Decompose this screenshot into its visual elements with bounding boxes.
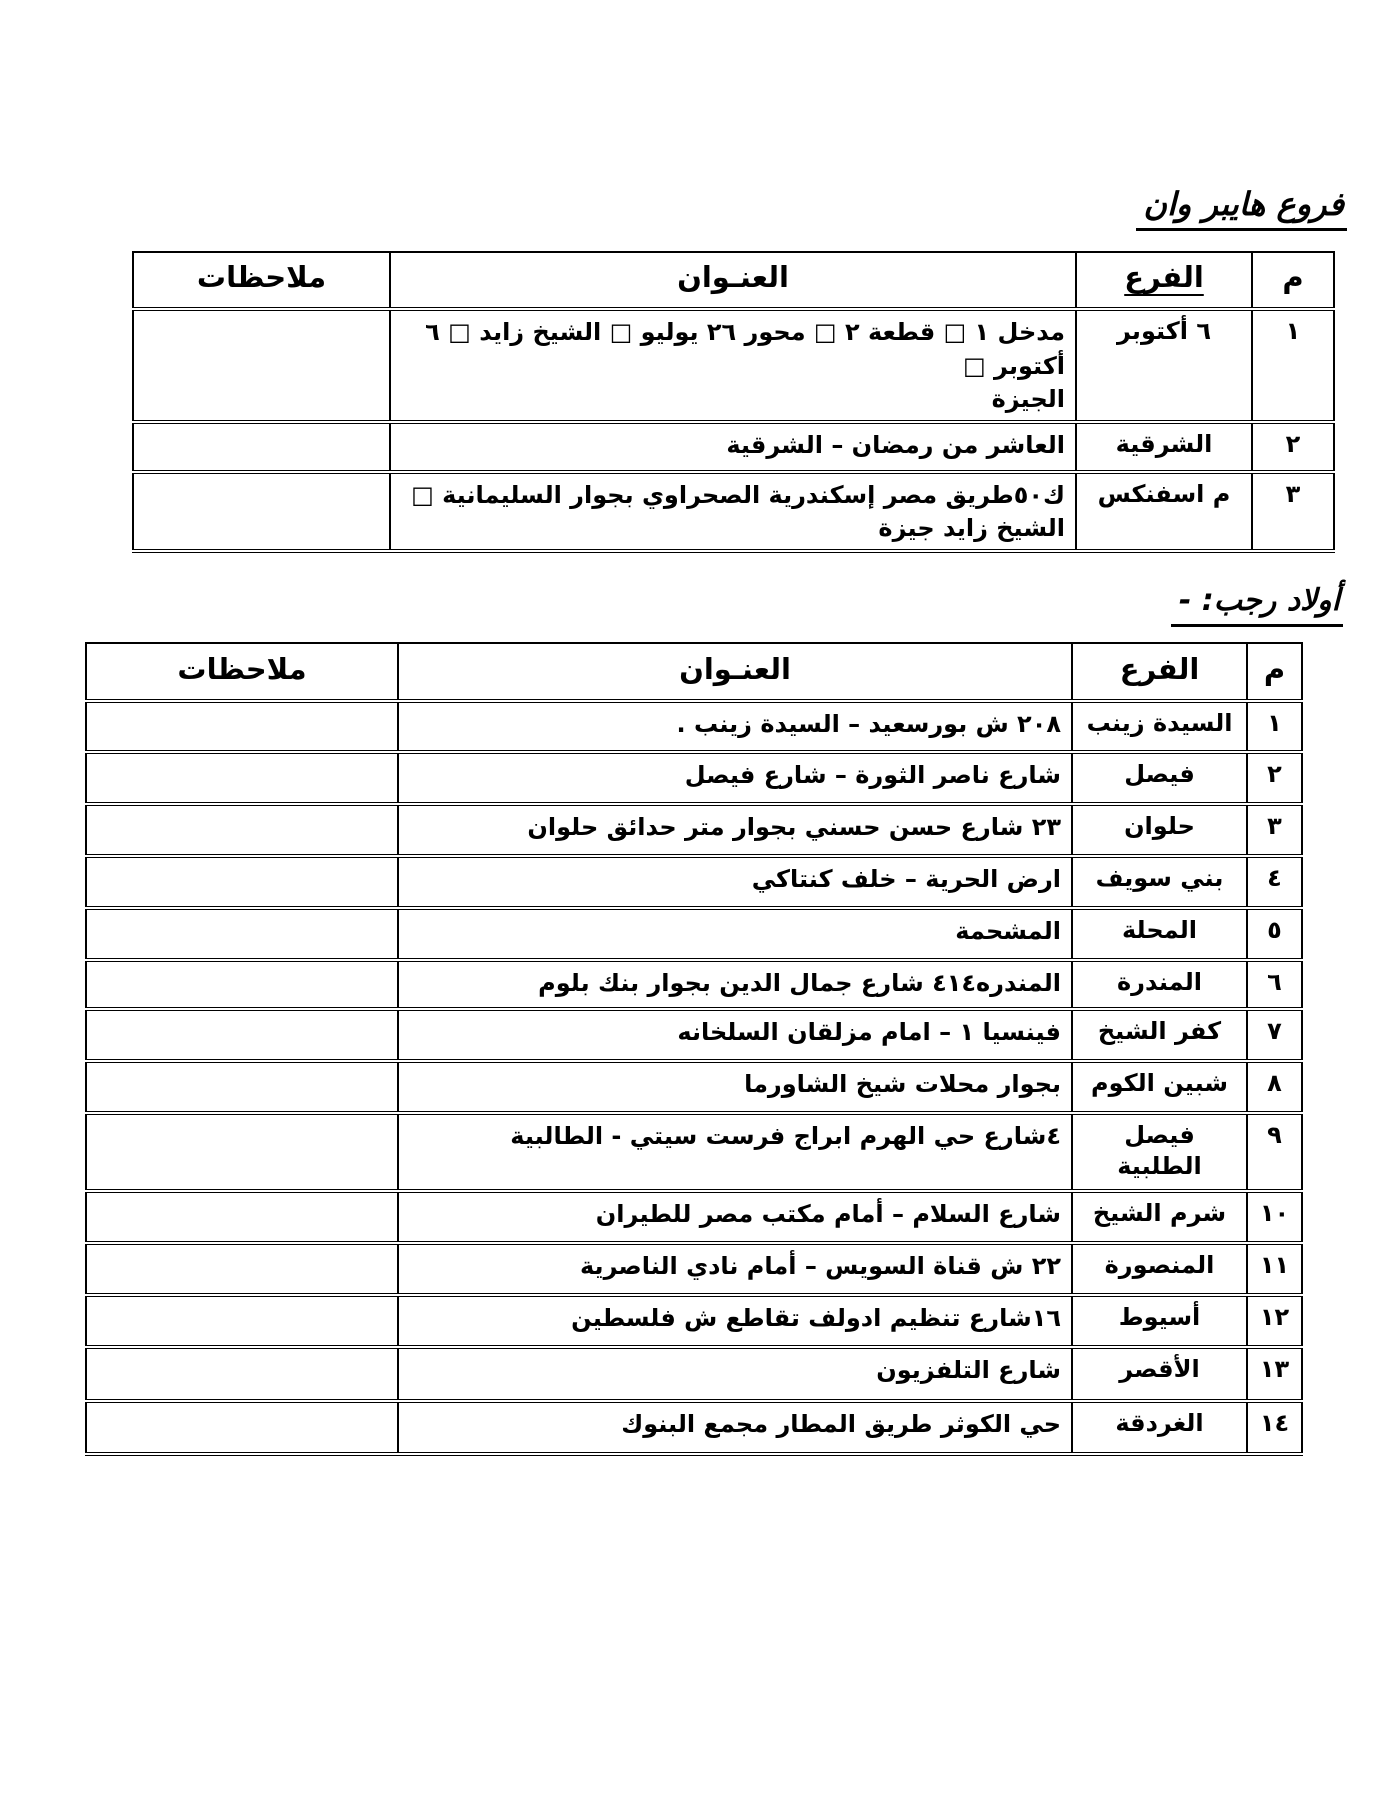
cell-address: فينسيا ١ – امام مزلقان السلخانه: [398, 1009, 1072, 1061]
cell-num: ١١: [1247, 1243, 1302, 1295]
cell-num: ٦: [1247, 960, 1302, 1009]
cell-notes: [86, 856, 398, 908]
cell-notes: [86, 1113, 398, 1191]
cell-notes: [133, 422, 390, 472]
cell-branch: الأقصر: [1072, 1347, 1247, 1401]
cell-notes: [133, 472, 390, 551]
table-row: ١٢أسيوط١٦شارع تنظيم ادولف تقاطع ش فلسطين: [86, 1295, 1302, 1347]
table-row: ٢الشرقيةالعاشر من رمضان – الشرقية: [133, 422, 1334, 472]
cell-notes: [86, 752, 398, 804]
cell-address: شارع السلام – أمام مكتب مصر للطيران: [398, 1191, 1072, 1243]
cell-branch: شبين الكوم: [1072, 1061, 1247, 1113]
table-row: ١٦ أكتوبرمدخل ١ □ قطعة ٢ □ محور ٢٦ يوليو…: [133, 309, 1334, 422]
cell-branch: المندرة: [1072, 960, 1247, 1009]
cell-branch: فيصل: [1072, 752, 1247, 804]
cell-branch: شرم الشيخ: [1072, 1191, 1247, 1243]
cell-notes: [86, 1401, 398, 1454]
cell-address: ٢٣ شارع حسن حسني بجوار متر حدائق حلوان: [398, 804, 1072, 856]
cell-notes: [86, 1295, 398, 1347]
cell-num: ٩: [1247, 1113, 1302, 1191]
table-row: ١١المنصورة٢٢ ش قناة السويس – أمام نادي ا…: [86, 1243, 1302, 1295]
table-row: ٢فيصلشارع ناصر الثورة – شارع فيصل: [86, 752, 1302, 804]
column-header-num: م: [1252, 252, 1334, 309]
cell-notes: [86, 1243, 398, 1295]
table-row: ٤بني سويفارض الحرية – خلف كنتاكي: [86, 856, 1302, 908]
table-row: ٩فيصل الطلبية٤شارع حي الهرم ابراج فرست س…: [86, 1113, 1302, 1191]
table-row: ١٣الأقصرشارع التلفزيون: [86, 1347, 1302, 1401]
column-header-address: العنـوان: [390, 252, 1076, 309]
cell-address: شارع التلفزيون: [398, 1347, 1072, 1401]
table-row: ٣م اسفنكسك٥٠طريق مصر إسكندرية الصحراوي ب…: [133, 472, 1334, 551]
cell-num: ٥: [1247, 908, 1302, 960]
awlad-ragab-branches-table: م الفرع العنـوان ملاحظات ١السيدة زينب٢٠٨…: [85, 642, 1303, 1456]
table-header-row: م الفرع العنـوان ملاحظات: [86, 643, 1302, 701]
cell-num: ٨: [1247, 1061, 1302, 1113]
cell-notes: [86, 1061, 398, 1113]
section-title-hyper-one: فروع هايبر وان: [1136, 186, 1347, 231]
cell-address: المندره٤١٤ شارع جمال الدين بجوار بنك بلو…: [398, 960, 1072, 1009]
cell-notes: [86, 908, 398, 960]
cell-address: بجوار محلات شيخ الشاورما: [398, 1061, 1072, 1113]
cell-num: ١٣: [1247, 1347, 1302, 1401]
cell-num: ٣: [1252, 472, 1334, 551]
cell-address: حي الكوثر طريق المطار مجمع البنوك: [398, 1401, 1072, 1454]
cell-branch: م اسفنكس: [1076, 472, 1252, 551]
cell-branch: الشرقية: [1076, 422, 1252, 472]
cell-notes: [86, 960, 398, 1009]
table-header-row: م الفرع العنـوان ملاحظات: [133, 252, 1334, 309]
cell-num: ٢: [1247, 752, 1302, 804]
column-header-notes: ملاحظات: [133, 252, 390, 309]
cell-address: ارض الحرية – خلف كنتاكي: [398, 856, 1072, 908]
cell-num: ١: [1252, 309, 1334, 422]
cell-notes: [86, 1009, 398, 1061]
cell-address: العاشر من رمضان – الشرقية: [390, 422, 1076, 472]
table-row: ١٤الغردقةحي الكوثر طريق المطار مجمع البن…: [86, 1401, 1302, 1454]
cell-num: ١٤: [1247, 1401, 1302, 1454]
table-row: ١٠شرم الشيخشارع السلام – أمام مكتب مصر ل…: [86, 1191, 1302, 1243]
column-header-address: العنـوان: [398, 643, 1072, 701]
cell-address: ٢٠٨ ش بورسعيد – السيدة زينب .: [398, 701, 1072, 752]
column-header-branch: الفرع: [1076, 252, 1252, 309]
cell-notes: [86, 1191, 398, 1243]
cell-branch: المنصورة: [1072, 1243, 1247, 1295]
cell-num: ٣: [1247, 804, 1302, 856]
cell-address: مدخل ١ □ قطعة ٢ □ محور ٢٦ يوليو □ الشيخ …: [390, 309, 1076, 422]
cell-branch: الغردقة: [1072, 1401, 1247, 1454]
cell-address: ١٦شارع تنظيم ادولف تقاطع ش فلسطين: [398, 1295, 1072, 1347]
column-header-num: م: [1247, 643, 1302, 701]
column-header-notes: ملاحظات: [86, 643, 398, 701]
cell-address: ك٥٠طريق مصر إسكندرية الصحراوي بجوار السل…: [390, 472, 1076, 551]
cell-notes: [86, 701, 398, 752]
table-row: ١السيدة زينب٢٠٨ ش بورسعيد – السيدة زينب …: [86, 701, 1302, 752]
cell-num: ٤: [1247, 856, 1302, 908]
cell-num: ١: [1247, 701, 1302, 752]
cell-notes: [133, 309, 390, 422]
cell-num: ٧: [1247, 1009, 1302, 1061]
hyper-one-branches-table: م الفرع العنـوان ملاحظات ١٦ أكتوبرمدخل ١…: [132, 251, 1335, 553]
document-page: { "text_color": "#000000", "background_c…: [0, 0, 1391, 1800]
cell-address: ٢٢ ش قناة السويس – أمام نادي الناصرية: [398, 1243, 1072, 1295]
cell-num: ٢: [1252, 422, 1334, 472]
cell-branch: حلوان: [1072, 804, 1247, 856]
table-row: ٨شبين الكومبجوار محلات شيخ الشاورما: [86, 1061, 1302, 1113]
cell-address: المشحمة: [398, 908, 1072, 960]
cell-notes: [86, 804, 398, 856]
table-row: ٣حلوان٢٣ شارع حسن حسني بجوار متر حدائق ح…: [86, 804, 1302, 856]
table-row: ٥المحلةالمشحمة: [86, 908, 1302, 960]
cell-num: ١٠: [1247, 1191, 1302, 1243]
cell-notes: [86, 1347, 398, 1401]
table-row: ٦المندرةالمندره٤١٤ شارع جمال الدين بجوار…: [86, 960, 1302, 1009]
cell-branch: ٦ أكتوبر: [1076, 309, 1252, 422]
cell-branch: بني سويف: [1072, 856, 1247, 908]
cell-address: شارع ناصر الثورة – شارع فيصل: [398, 752, 1072, 804]
cell-branch: كفر الشيخ: [1072, 1009, 1247, 1061]
cell-branch: فيصل الطلبية: [1072, 1113, 1247, 1191]
cell-num: ١٢: [1247, 1295, 1302, 1347]
table-row: ٧كفر الشيخفينسيا ١ – امام مزلقان السلخان…: [86, 1009, 1302, 1061]
cell-branch: السيدة زينب: [1072, 701, 1247, 752]
cell-branch: المحلة: [1072, 908, 1247, 960]
cell-branch: أسيوط: [1072, 1295, 1247, 1347]
column-header-branch: الفرع: [1072, 643, 1247, 701]
section-title-awlad-ragab: أولاد رجب: -: [1171, 584, 1343, 627]
cell-address: ٤شارع حي الهرم ابراج فرست سيتي - الطالبي…: [398, 1113, 1072, 1191]
